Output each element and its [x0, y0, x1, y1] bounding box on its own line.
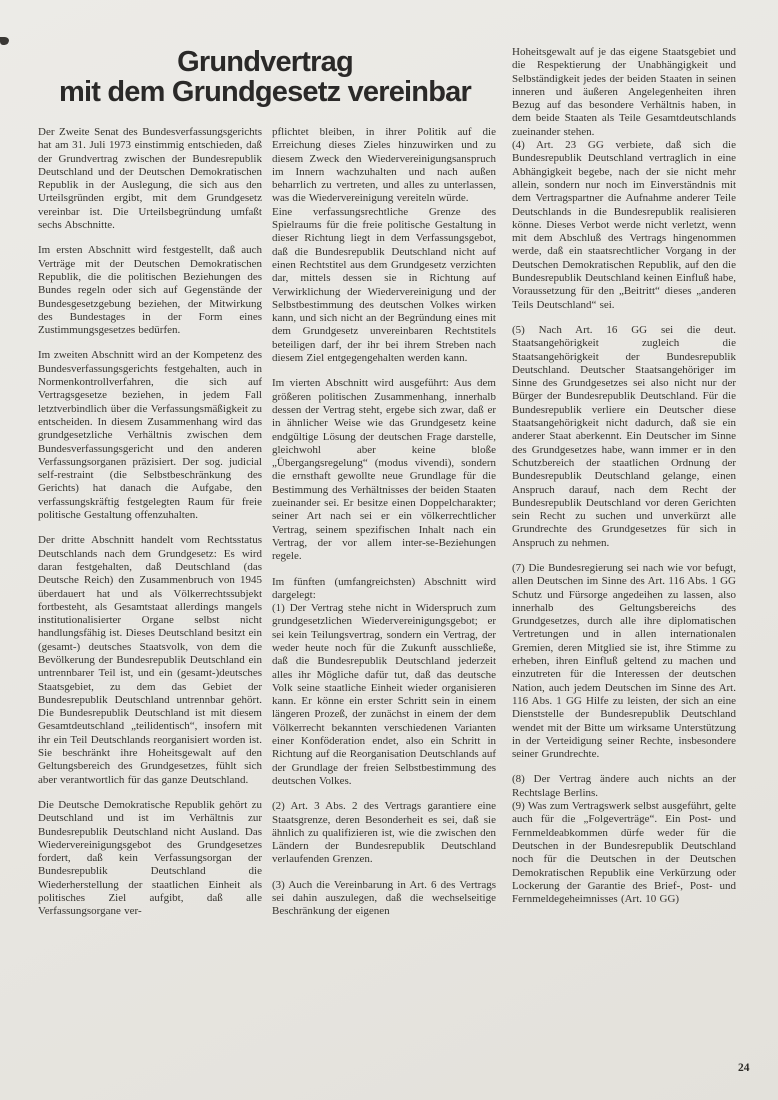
paragraph: (9) Was zum Vertragswerk selbst ausgefüh… — [512, 800, 736, 906]
title-line-2: mit dem Grundgesetz vereinbar — [36, 77, 494, 107]
document-page: Grundvertrag mit dem Grundgesetz vereinb… — [0, 0, 778, 1100]
column-left: Der Zweite Senat des Bundesverfassungsge… — [38, 126, 262, 1071]
paragraph: (3) Auch die Vereinbarung in Art. 6 des … — [272, 879, 496, 919]
paragraph: Im ersten Abschnitt wird festgestellt, d… — [38, 244, 262, 337]
paragraph: (1) Der Vertrag stehe nicht in Widerspru… — [272, 602, 496, 788]
paragraph: Im zweiten Abschnitt wird an der Kompete… — [38, 349, 262, 522]
paragraph: Im fünften (umfangreichsten) Abschnitt w… — [272, 576, 496, 603]
column-right: Hoheitsgewalt auf je das eigene Staatsge… — [512, 46, 736, 1082]
paragraph: Im vierten Abschnitt wird ausgeführt: Au… — [272, 377, 496, 563]
page-number: 24 — [738, 1062, 750, 1074]
paragraph: Hoheitsgewalt auf je das eigene Staatsge… — [512, 46, 736, 139]
paragraph: Eine verfassungsrechtliche Grenze des Sp… — [272, 206, 496, 366]
paragraph: Der Zweite Senat des Bundesverfassungsge… — [38, 126, 262, 232]
paragraph: Die Deutsche Demokratische Republik gehö… — [38, 799, 262, 919]
paragraph: pflichtet bleiben, in ihrer Politik auf … — [272, 126, 496, 206]
ink-blot-artifact — [0, 37, 9, 45]
page-title: Grundvertrag mit dem Grundgesetz vereinb… — [36, 47, 494, 107]
paragraph: (7) Die Bundesregierung sei nach wie vor… — [512, 562, 736, 761]
paragraph: (4) Art. 23 GG verbiete, daß sich die Bu… — [512, 139, 736, 312]
paragraph: (2) Art. 3 Abs. 2 des Vertrags garantier… — [272, 800, 496, 866]
column-middle: pflichtet bleiben, in ihrer Politik auf … — [272, 126, 496, 1071]
paragraph: Der dritte Abschnitt handelt vom Rechtss… — [38, 534, 262, 787]
paragraph: (5) Nach Art. 16 GG sei die deut. Staats… — [512, 324, 736, 550]
paragraph: (8) Der Vertrag ändere auch nichts an de… — [512, 773, 736, 800]
title-line-1: Grundvertrag — [36, 47, 494, 77]
